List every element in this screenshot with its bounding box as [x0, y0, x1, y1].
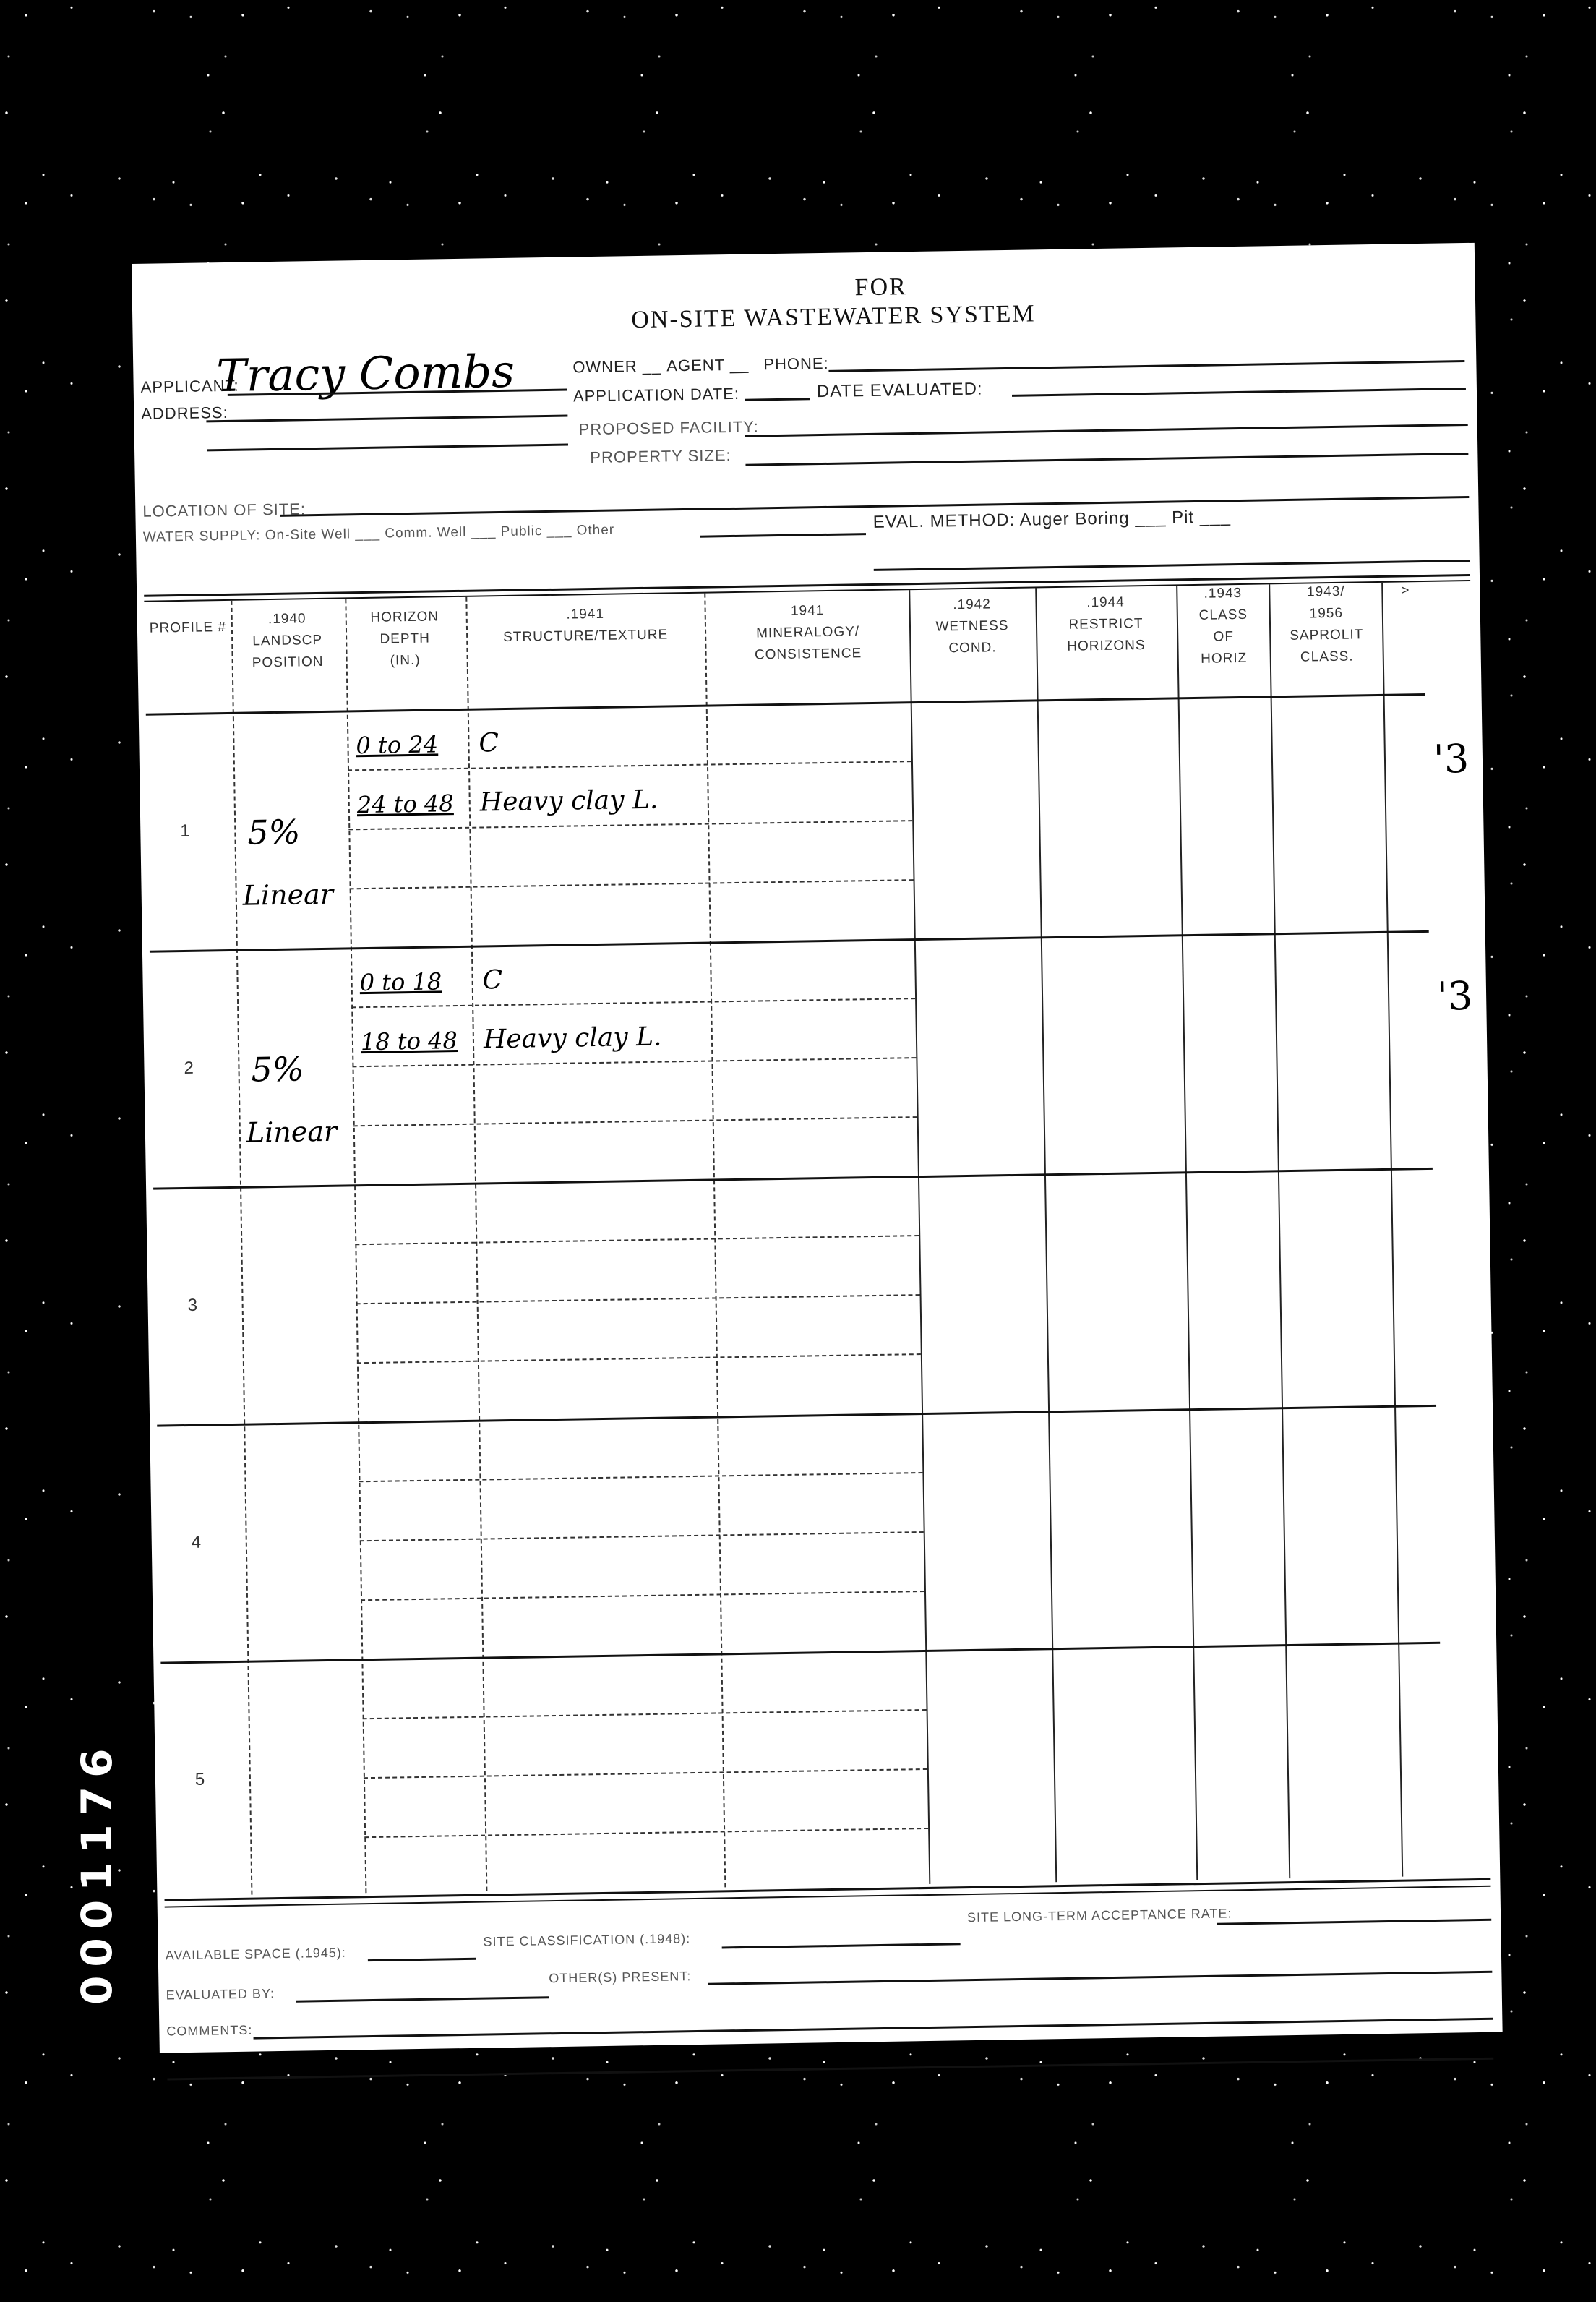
address-field[interactable] [206, 415, 567, 423]
col-header-depth: HORIZON DEPTH (IN.) [347, 606, 463, 673]
application-date-label: APPLICATION DATE: [573, 385, 740, 406]
horizon-depth[interactable]: 24 to 48 [356, 790, 453, 818]
form-title-line-2: ON-SITE WASTEWATER SYSTEM [631, 300, 1036, 334]
water-supply-label: WATER SUPPLY: On-Site Well ___ Comm. Wel… [143, 523, 615, 546]
col-header-landscape: .1940 LANDSCP POSITION [231, 607, 344, 674]
available-space-label: AVAILABLE SPACE (.1945): [166, 1946, 346, 1964]
form-title-line-1: FOR [854, 273, 907, 301]
landscape-position[interactable]: Linear [242, 878, 333, 912]
eval-method-label: EVAL. METHOD: Auger Boring ___ Pit ___ [873, 507, 1232, 533]
application-date-field[interactable] [745, 398, 810, 401]
proposed-facility-field[interactable] [745, 424, 1468, 437]
owner-checkbox-label[interactable]: OWNER __ [572, 357, 661, 377]
col-header-structure: .1941 STRUCTURE/TEXTURE [465, 602, 705, 649]
site-classification-label: SITE CLASSIFICATION (.1948): [483, 1931, 690, 1950]
comments-label: COMMENTS: [166, 2023, 252, 2040]
profile-number: 3 [187, 1296, 197, 1316]
evaluated-by-label: EVALUATED BY: [166, 1986, 275, 2003]
profile-table-body: 15%Linear0 to 24C24 to 48Heavy clay L.'3… [132, 243, 1475, 264]
col-header-profile: PROFILE # [145, 617, 231, 640]
available-space-field[interactable] [368, 1958, 476, 1961]
profile-number: 1 [180, 821, 190, 842]
evaluated-by-field[interactable] [296, 1996, 549, 2002]
phone-field[interactable] [828, 360, 1464, 372]
horizon-texture[interactable]: C [482, 965, 502, 995]
col-header-extra: > [1383, 580, 1427, 602]
col-header-class: .1943 CLASS OF HORIZ [1177, 582, 1269, 670]
profile-number: 5 [195, 1770, 205, 1790]
horizon-texture[interactable]: C [479, 728, 499, 758]
date-evaluated-field[interactable] [1012, 388, 1466, 397]
site-classification-field[interactable] [722, 1943, 961, 1948]
form-page: FOR ON-SITE WASTEWATER SYSTEM APPLICANT:… [132, 243, 1503, 2053]
landscape-position[interactable]: Linear [246, 1116, 338, 1149]
water-supply-other-field[interactable] [700, 533, 866, 538]
date-evaluated-label: DATE EVALUATED: [817, 380, 983, 403]
col-header-mineralogy: 1941 MINERALOGY/ CONSISTENCE [708, 599, 907, 667]
property-size-label: PROPERTY SIZE: [590, 446, 731, 467]
address-field-line-2[interactable] [207, 444, 568, 452]
others-present-label: OTHER(S) PRESENT: [549, 1969, 691, 1986]
document-number-stamp: 0001176 [72, 1721, 123, 2024]
comments-field-line-2[interactable] [167, 2058, 1493, 2081]
horizon-depth[interactable]: 18 to 48 [361, 1027, 458, 1056]
horizon-texture[interactable]: Heavy clay L. [479, 785, 658, 818]
extra-column-mark: '3 [1437, 973, 1473, 1019]
horizon-depth[interactable]: 0 to 18 [359, 967, 442, 996]
others-present-field[interactable] [708, 1971, 1492, 1985]
proposed-facility-label: PROPOSED FACILITY: [578, 417, 758, 439]
ltar-label: SITE LONG-TERM ACCEPTANCE RATE: [967, 1906, 1232, 1925]
profile-number: 4 [192, 1533, 202, 1553]
profile-row: 15%Linear0 to 24C24 to 48Heavy clay L.'3 [132, 243, 1475, 264]
col-header-restrict: .1944 RESTRICT HORIZONS [1037, 591, 1175, 658]
agent-checkbox-label[interactable]: AGENT __ [666, 356, 749, 376]
horizon-depth[interactable]: 0 to 24 [356, 730, 438, 759]
horizon-texture[interactable]: Heavy clay L. [484, 1022, 662, 1055]
profile-row: 25%Linear0 to 18C18 to 48Heavy clay L.'3 [132, 243, 1475, 264]
property-size-field[interactable] [745, 453, 1468, 466]
landscape-slope[interactable]: 5% [251, 1049, 304, 1089]
profile-row: 3 [132, 243, 1475, 264]
profile-number: 2 [184, 1058, 194, 1079]
col-header-wetness: .1942 WETNESS COND. [910, 593, 1034, 660]
location-label: LOCATION OF SITE: [142, 500, 306, 521]
phone-label: PHONE: [763, 354, 829, 374]
comments-field[interactable] [254, 2018, 1493, 2040]
col-header-saprolite: 1943/ 1956 SAPROLIT CLASS. [1271, 581, 1381, 669]
landscape-slope[interactable]: 5% [247, 812, 301, 852]
profile-row: 5 [132, 243, 1475, 264]
extra-column-mark: '3 [1433, 736, 1469, 782]
profile-row: 4 [132, 243, 1475, 264]
ltar-field[interactable] [1217, 1919, 1491, 1925]
